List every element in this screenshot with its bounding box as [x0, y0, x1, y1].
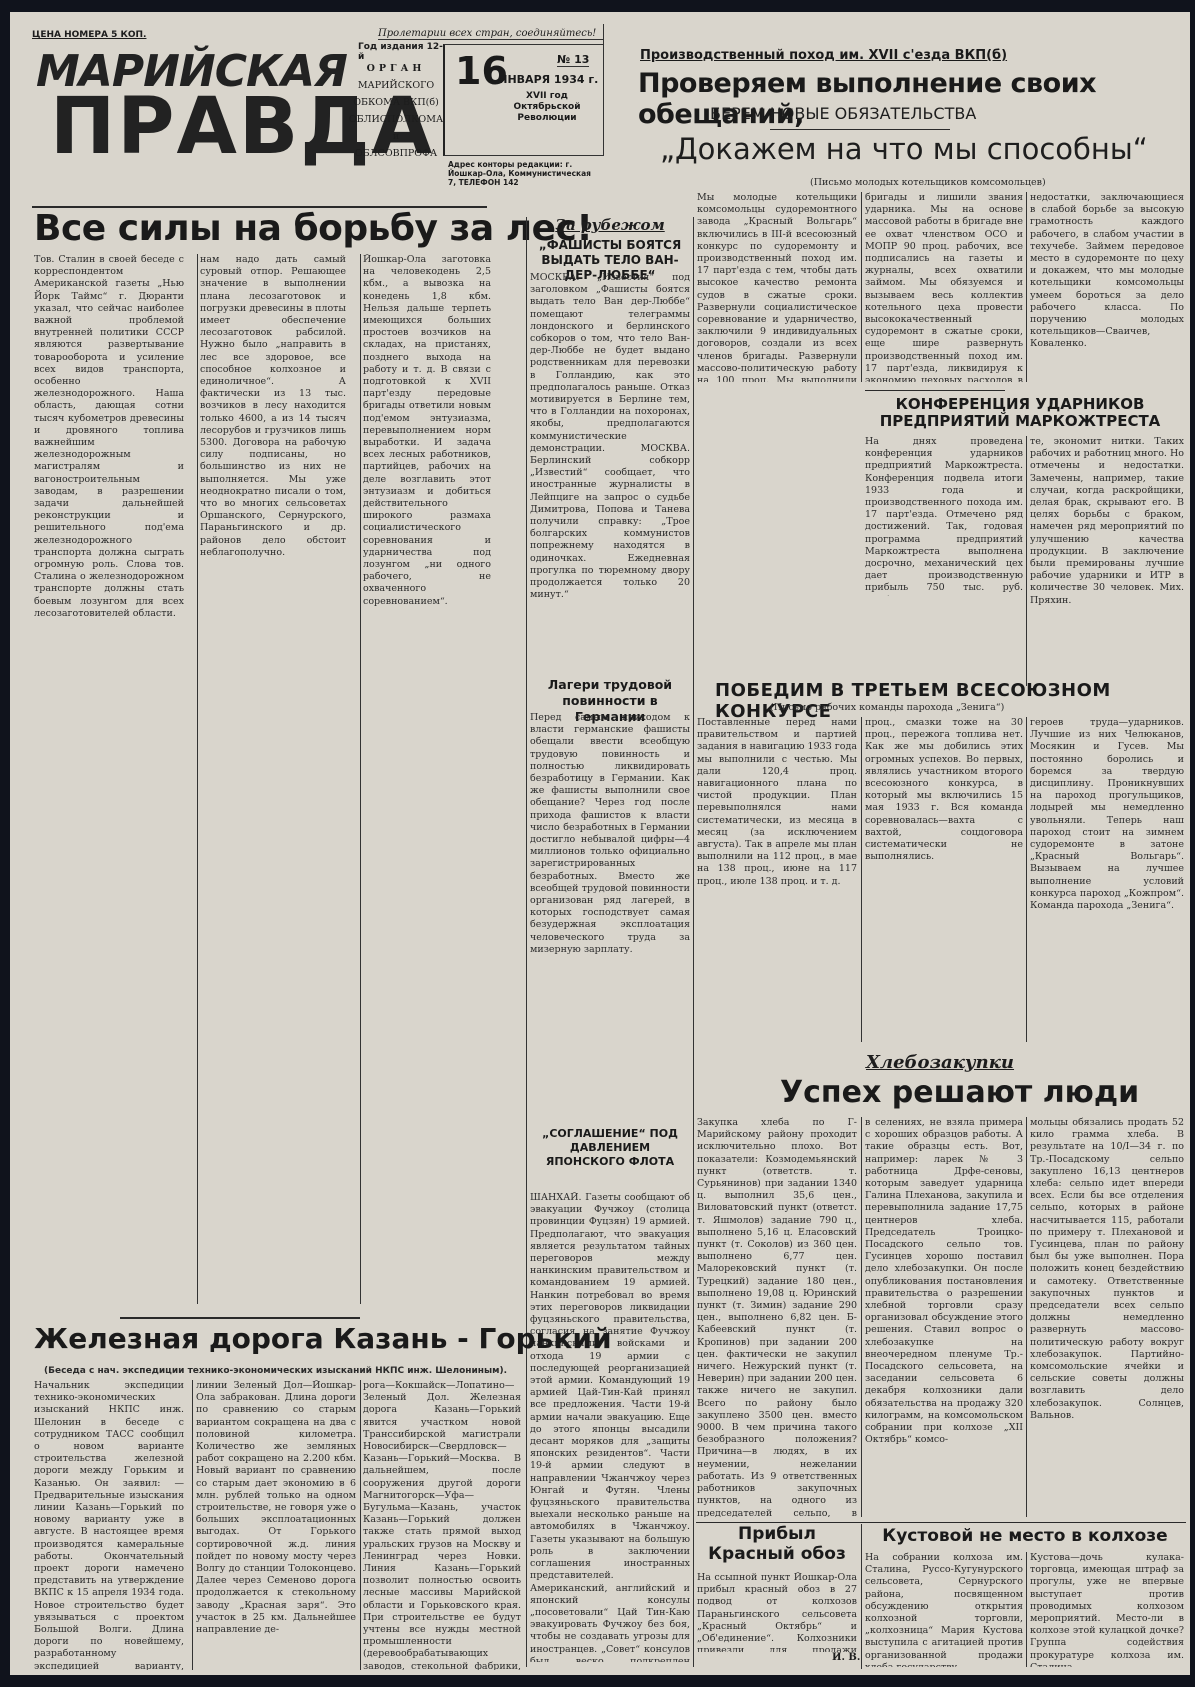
rubric-abroad: За рубежом [530, 216, 690, 234]
headline-contest: ПОБЕДИМ В ТРЕТЬЕМ ВСЕСОЮЗНОМ КОНКУРСЕ [715, 680, 1190, 722]
price-label: ЦЕНА НОМЕРА 5 КОП. [32, 30, 146, 41]
grain-column-2: в селениях, не взяла примера с хороших о… [865, 1117, 1023, 1517]
date-day: 16 [455, 49, 508, 93]
organ-line: ОБЛИСПОЛКОМА и [346, 111, 446, 145]
grain-column-3: мольцы обязались продать 52 кило грамма … [1030, 1117, 1184, 1517]
fascists-text: МОСКВА. „Известия“ под заголовком „Фашис… [530, 272, 690, 672]
forest-column-3: Йошкар-Ола заготовка на человекодень 2,5… [363, 254, 491, 1309]
headline-red-convoy: Прибыл Красный обоз [697, 1524, 857, 1564]
railway-note: (Беседа с нач. экспедиции технико-эконом… [44, 1365, 507, 1377]
contest-column-1: Поставленные перед нами правительством и… [697, 717, 857, 1042]
prove-column-2: бригады и лишили звания ударника. Мы на … [865, 192, 1023, 382]
conference-column-2: те, экономит нитки. Таких рабочих и рабо… [1030, 436, 1184, 686]
red-convoy-text: На ссыпной пункт Йошкар-Ола прибыл красн… [697, 1572, 857, 1652]
labor-camps-text: Перед самым приходом к власти германские… [530, 712, 690, 1112]
railway-column-1: Начальник экспедиции технико-экономическ… [34, 1380, 184, 1670]
contest-column-3: героев труда—ударников. Лучшие из них Че… [1030, 717, 1184, 1042]
organ-line: МАРИЙСКОГО [346, 77, 446, 94]
conference-column-1: На днях проведена конференция ударников … [865, 436, 1023, 596]
date-box: 16 № 13 ЯНВАРЯ 1934 г. XVII год Октябрьс… [443, 44, 604, 156]
headline-grain: Успех решают люди [780, 1075, 1139, 1110]
contest-note: (Письмо рабочих команды парохода „Зенига… [770, 702, 1004, 714]
railway-column-2: линии Зеленый Дол—Йошкар-Ола забракован.… [196, 1380, 356, 1670]
issue-number: № 13 [557, 53, 589, 67]
year-label: Год издания 12-й [358, 42, 448, 62]
headline-agreement: „СОГЛАШЕНИЕ“ ПОД ДАВЛЕНИЕМ ЯПОНСКОГО ФЛО… [530, 1127, 690, 1169]
rubric-production-march: Производственный поход им. XVII с'езда В… [640, 48, 1007, 63]
editorial-address: Адрес конторы редакции: г. Йошкар-Ола, К… [448, 160, 598, 187]
red-convoy-signature: И. В. [832, 1652, 860, 1663]
railway-column-3: рога—Кокшайск—Лопатино—Зеленый Дол. Желе… [363, 1380, 521, 1670]
date-month-year: ЯНВАРЯ 1934 г. [499, 73, 598, 86]
article-title-prove: „Докажем на что мы способны“ [660, 132, 1148, 166]
kustova-column-1: На собрании колхоза им. Сталина, Руссо-К… [865, 1552, 1023, 1667]
subheadline-obligations: БЕРЕМ НОВЫЕ ОБЯЗАТЕЛЬСТВА [710, 104, 976, 123]
kustova-column-2: Кустова—дочь кулака-торговца, имеющая шт… [1030, 1552, 1184, 1667]
prove-column-3: недостатки, заключающиеся в слабой борьб… [1030, 192, 1184, 382]
headline-railway: Железная дорога Казань - Горький [34, 1322, 612, 1355]
agreement-text: ШАНХАЙ. Газеты сообщают об эвакуации Фуч… [530, 1192, 690, 1662]
grain-column-1: Закупка хлеба по Г-Марийскому району про… [697, 1117, 857, 1517]
newspaper-page: ЦЕНА НОМЕРА 5 КОП. Пролетарии всех стран… [10, 12, 1190, 1675]
organ-block: ОРГАН МАРИЙСКОГО ОБКОМА ВКП(б) ОБЛИСПОЛК… [346, 60, 446, 162]
slogan: Пролетарии всех стран, соединяйтесь! [378, 28, 603, 40]
revolution-year: XVII год Октябрьской Революции [493, 91, 601, 124]
article-note: (Письмо молодых котельщиков комсомольцев… [810, 177, 1046, 189]
rubric-grain: Хлебозакупки [700, 1052, 1180, 1073]
organ-line: ОБКОМА ВКП(б) [346, 94, 446, 111]
headline-forest: Все силы на борьбу за лес! [34, 208, 592, 249]
headline-conference: КОНФЕРЕНЦИЯ УДАРНИКОВ ПРЕДПРИЯТИЙ МАРКОЖ… [860, 396, 1180, 430]
organ-line: ОБЛСОВПРОФА [346, 145, 446, 162]
organ-line: ОРГАН [346, 60, 446, 77]
headline-kustova: Кустовой не место в колхозе [865, 1526, 1185, 1546]
forest-column-2: нам надо дать самый суровый отпор. Решаю… [200, 254, 346, 1309]
forest-column-1: Тов. Сталин в своей беседе с корреспонде… [34, 254, 184, 1309]
prove-column-1: Мы молодые котельщики комсомольцы судоре… [697, 192, 857, 382]
contest-column-2: проц., смазки тоже на 30 проц., пережога… [865, 717, 1023, 1042]
